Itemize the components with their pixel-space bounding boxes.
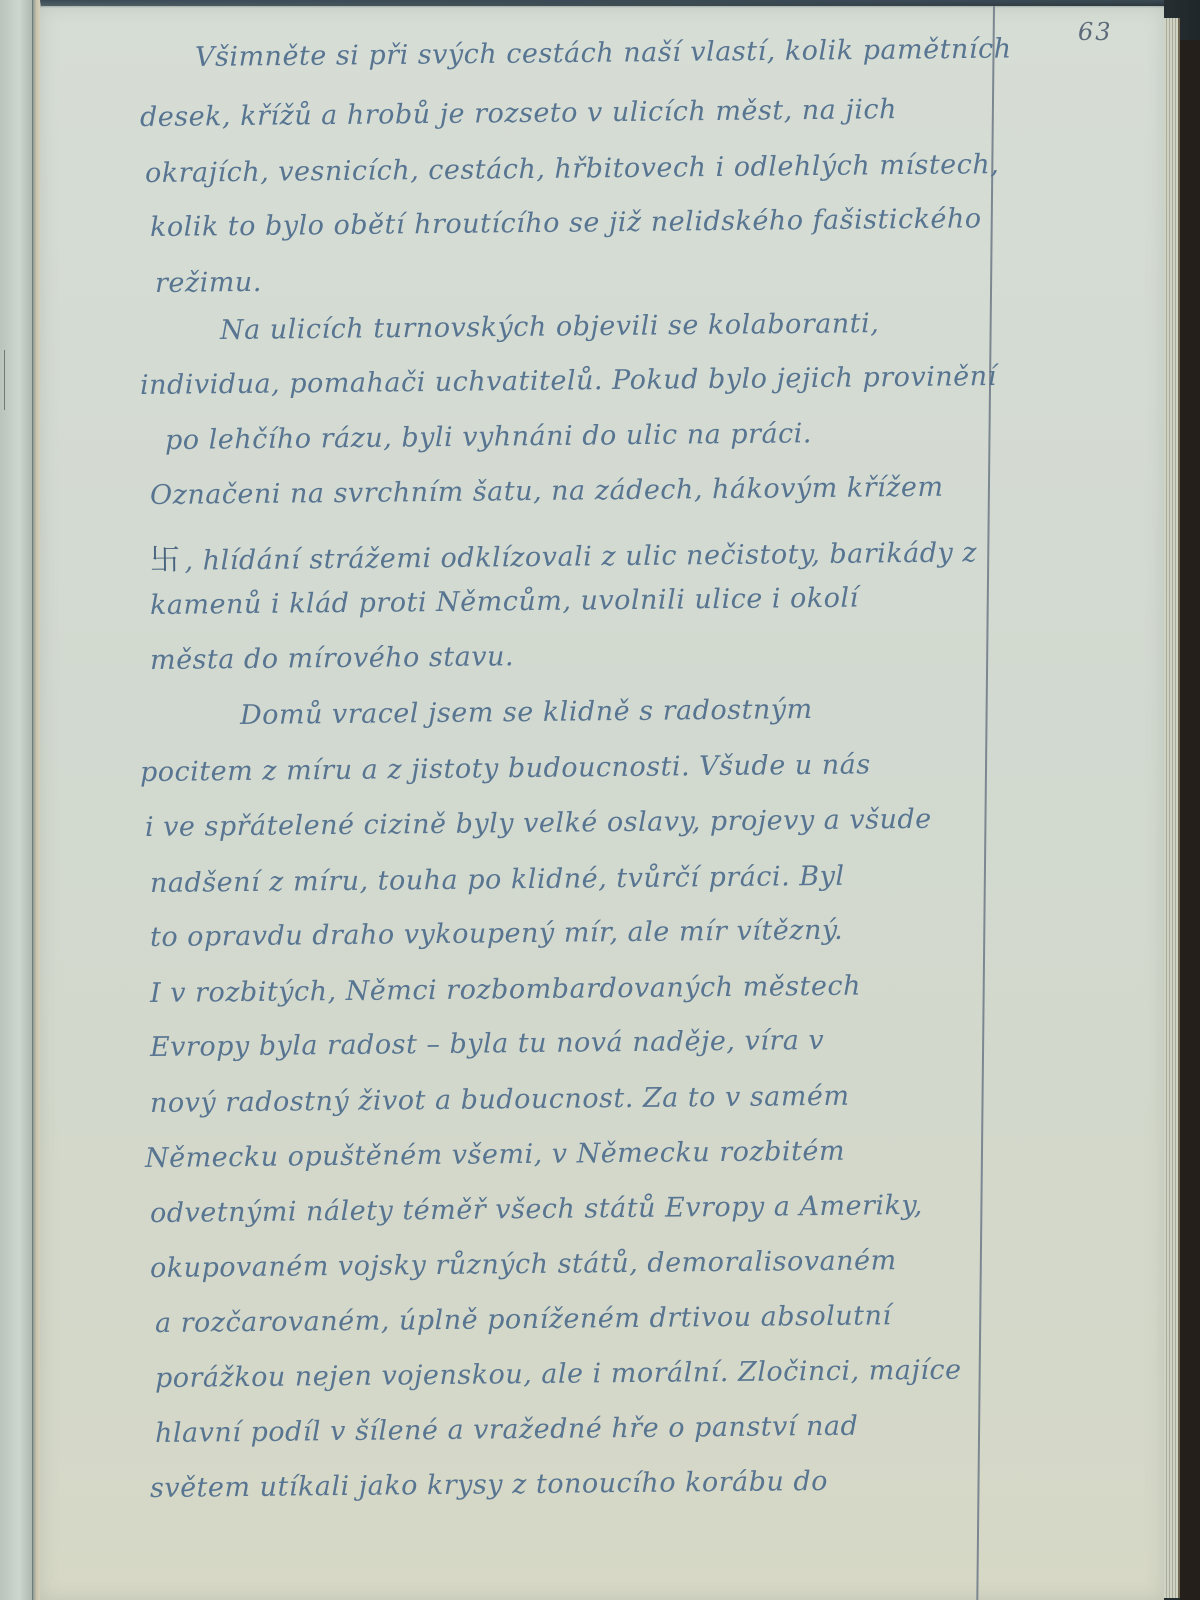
hooked-cross-symbol-icon: 卐 — [150, 543, 181, 578]
previous-page-edge — [0, 0, 32, 1600]
previous-page-mark — [4, 350, 5, 410]
scanned-book-spread: 63 Všimněte si při svých cestách naší vl… — [0, 0, 1200, 1600]
text-line: města do mírového stavu. — [150, 641, 514, 676]
text-line: Domů vracel jsem se klidně s radostným — [240, 694, 813, 731]
book-cover-edge — [1180, 40, 1200, 1600]
page-top-shadow — [40, 0, 1164, 8]
page-number: 63 — [1078, 18, 1113, 46]
text-line: režimu. — [155, 267, 262, 299]
stacked-page-edges — [1164, 18, 1180, 1598]
text-line: 卐, hlídání strážemi odklízovali z ulic n… — [150, 526, 977, 579]
